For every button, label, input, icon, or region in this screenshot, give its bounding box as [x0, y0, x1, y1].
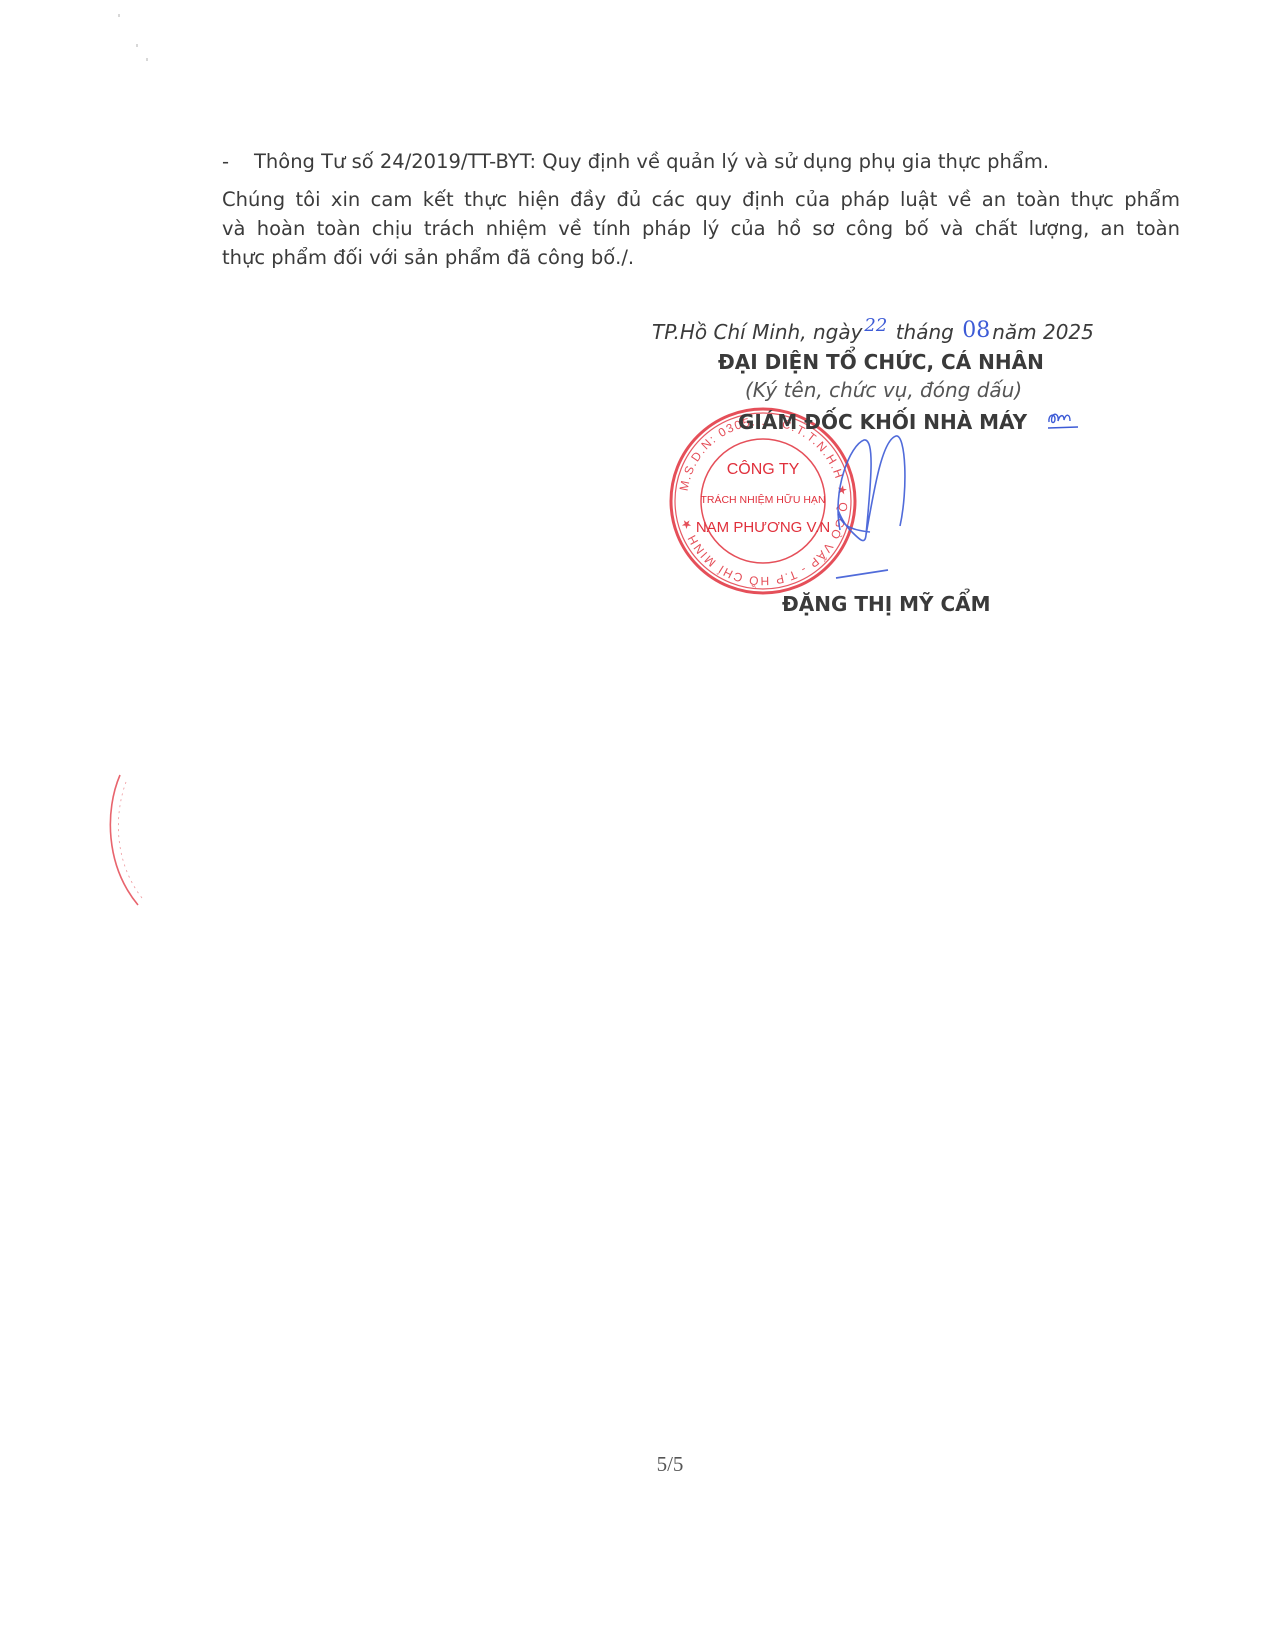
svg-text:NAM PHƯƠNG V.N: NAM PHƯƠNG V.N — [696, 519, 830, 536]
scan-speck — [136, 44, 138, 47]
representative-header: ĐẠI DIỆN TỔ CHỨC, CÁ NHÂN — [718, 350, 1044, 374]
handwritten-month: 08 — [960, 318, 992, 343]
page-overlap-seal-icon — [100, 770, 150, 910]
signer-name: ĐẶNG THỊ MỸ CẨM — [782, 592, 991, 616]
handwritten-day: 22 — [862, 315, 889, 336]
date-prefix: TP.Hồ Chí Minh, ngày — [652, 320, 862, 344]
commitment-line-2: và hoàn toàn chịu trách nhiệm về tính ph… — [222, 215, 1180, 243]
month-label: tháng — [896, 320, 954, 344]
bullet-text: Thông Tư số 24/2019/TT-BYT: Quy định về … — [254, 150, 1049, 173]
scan-speck — [118, 14, 120, 17]
handwritten-signature-icon — [830, 430, 950, 600]
page-number: 5/5 — [0, 1452, 1275, 1477]
svg-text:CÔNG TY: CÔNG TY — [727, 459, 800, 478]
signature-instruction: (Ký tên, chức vụ, đóng dấu) — [745, 378, 1022, 402]
svg-text:TRÁCH NHIỆM HỮU HẠN: TRÁCH NHIỆM HỮU HẠN — [700, 493, 825, 506]
commitment-line-1: Chúng tôi xin cam kết thực hiện đầy đủ c… — [222, 186, 1180, 214]
legal-reference-bullet: -Thông Tư số 24/2019/TT-BYT: Quy định về… — [222, 148, 1049, 176]
year-label: năm 2025 — [992, 320, 1094, 344]
handwritten-initials-icon — [1046, 408, 1080, 432]
bullet-marker: - — [222, 148, 254, 176]
commitment-line-3: thực phẩm đối với sản phẩm đã công bố./. — [222, 244, 634, 272]
place-date-line: TP.Hồ Chí Minh, ngày22 tháng 08năm 2025 — [652, 320, 1094, 345]
scan-speck — [146, 58, 148, 61]
